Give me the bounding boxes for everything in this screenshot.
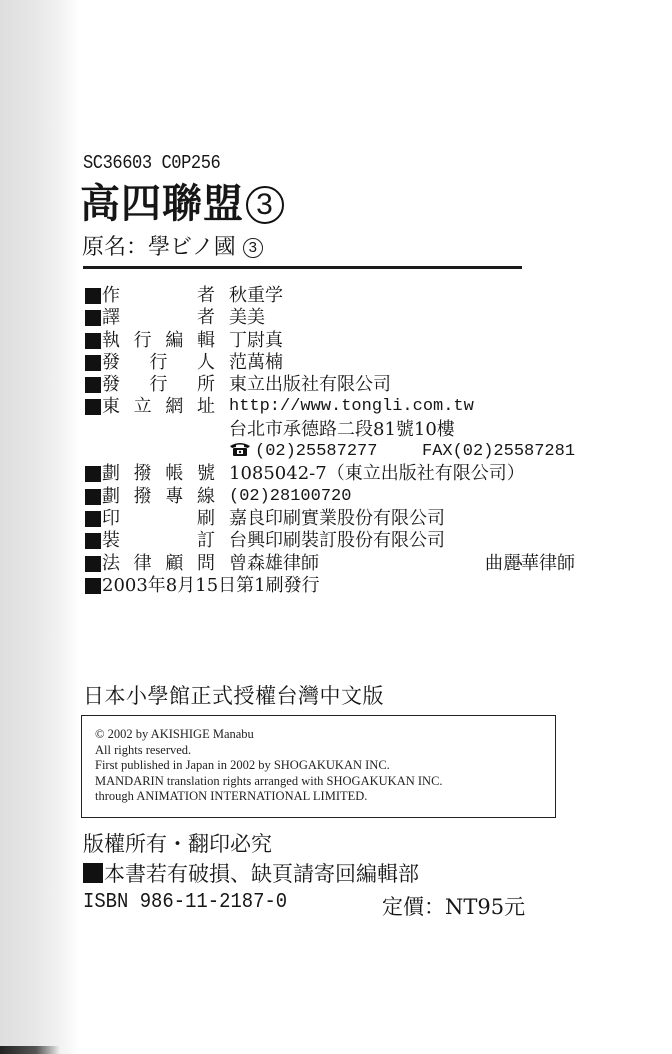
- credit-row-translator: 譯者 美美: [85, 307, 605, 329]
- credit-row-publisher: 發行所 東立出版社有限公司: [85, 374, 605, 396]
- credit-label: 印刷: [102, 508, 215, 530]
- credit-value: 丁尉真: [229, 330, 283, 352]
- credit-label: 譯者: [102, 307, 215, 329]
- credit-value-2: 曲麗華律師: [485, 553, 575, 575]
- credit-value: 美美: [229, 307, 265, 329]
- credit-label: 法律顧問: [102, 553, 215, 575]
- bullet-square-icon: [85, 489, 101, 505]
- bullet-square-icon: [85, 578, 101, 594]
- copyright-line: © 2002 by AKISHIGE Manabu: [95, 727, 443, 743]
- print-date-row: 2003年8月15日第1刷發行: [85, 575, 605, 597]
- bullet-square-icon: [83, 863, 103, 883]
- copyright-box: © 2002 by AKISHIGE Manabu All rights res…: [81, 715, 556, 818]
- license-statement: 日本小學館正式授權台灣中文版: [83, 680, 384, 710]
- page-edge-shadow: [0, 0, 80, 1054]
- price: 定價：NT95元: [382, 891, 525, 921]
- copyright-line: First published in Japan in 2002 by SHOG…: [95, 758, 443, 774]
- credit-label: 裝訂: [102, 530, 215, 552]
- title-divider: [83, 266, 522, 269]
- original-title-text: 原名：學ビノ國: [82, 235, 236, 260]
- isbn: ISBN 986-11-2187-0: [83, 891, 287, 914]
- bullet-square-icon: [85, 377, 101, 393]
- credit-row-editor: 執行編輯 丁尉真: [85, 330, 605, 352]
- credit-row-publisher-person: 發行人 范萬楠: [85, 352, 605, 374]
- address: 台北市承德路二段81號10樓: [229, 419, 455, 441]
- credit-row-author: 作者 秋重学: [85, 285, 605, 307]
- bullet-square-icon: [85, 466, 101, 482]
- copyright-text: © 2002 by AKISHIGE Manabu All rights res…: [95, 727, 443, 805]
- credit-value: 嘉良印刷實業股份有限公司: [229, 508, 445, 530]
- original-volume-number: 3: [243, 238, 263, 258]
- bullet-square-icon: [85, 556, 101, 572]
- rights-notice: 版權所有・翻印必究: [83, 828, 272, 858]
- bullet-square-icon: [85, 533, 101, 549]
- title-text: 高四聯盟: [80, 180, 244, 227]
- bullet-square-icon: [85, 288, 101, 304]
- bullet-square-icon: [85, 511, 101, 527]
- fax-number: FAX(02)25587281: [422, 441, 575, 463]
- credit-label: 劃撥專線: [102, 486, 215, 508]
- website-link[interactable]: http://www.tongli.com.tw: [229, 396, 474, 418]
- telephone-icon: [229, 441, 251, 456]
- credit-value: 曾森雄律師: [229, 553, 319, 575]
- credit-value: 1085042-7（東立出版社有限公司）: [229, 463, 525, 485]
- credit-row-printer: 印刷 嘉良印刷實業股份有限公司: [85, 508, 605, 530]
- credit-label: 劃撥帳號: [102, 463, 215, 485]
- colophon-info: 作者 秋重学 譯者 美美 執行編輯 丁尉真 發行人 范萬楠 發行所 東立出版社有…: [85, 285, 605, 597]
- bullet-square-icon: [85, 399, 101, 415]
- credit-value: 台興印刷裝訂股份有限公司: [229, 530, 445, 552]
- bullet-square-icon: [85, 310, 101, 326]
- address-row: 台北市承德路二段81號10樓: [85, 419, 605, 441]
- copyright-line: All rights reserved.: [95, 743, 443, 759]
- credit-value: (02)28100720: [229, 486, 351, 508]
- credit-label: 東立網址: [102, 396, 215, 418]
- book-title: 高四聯盟3: [80, 182, 284, 226]
- original-title: 原名：學ビノ國 3: [82, 235, 263, 261]
- credit-label: 執行編輯: [102, 330, 215, 352]
- copyright-line: through ANIMATION INTERNATIONAL LIMITED.: [95, 789, 443, 805]
- bullet-square-icon: [85, 355, 101, 371]
- phone-number: (02)25587277: [229, 441, 377, 463]
- credit-row-postal-line: 劃撥專線 (02)28100720: [85, 486, 605, 508]
- credit-value: 范萬楠: [229, 352, 283, 374]
- copyright-line: MANDARIN translation rights arranged wit…: [95, 774, 443, 790]
- credit-value: 秋重学: [229, 285, 283, 307]
- credit-row-website: 東立網址 http://www.tongli.com.tw: [85, 396, 605, 418]
- print-date: 2003年8月15日第1刷發行: [102, 575, 320, 597]
- credit-label: 發行所: [102, 374, 215, 396]
- credit-label: 作者: [102, 285, 215, 307]
- volume-number: 3: [246, 186, 284, 224]
- credit-row-legal: 法律顧問 曾森雄律師 、 曲麗華律師: [85, 553, 605, 575]
- damage-notice: 本書若有破損、缺頁請寄回編輯部: [83, 858, 419, 888]
- bullet-square-icon: [85, 333, 101, 349]
- contact-row: (02)25587277 FAX(02)25587281: [85, 441, 605, 463]
- credit-label: 發行人: [102, 352, 215, 374]
- credit-row-postal-account: 劃撥帳號 1085042-7（東立出版社有限公司）: [85, 463, 605, 485]
- page-corner-shadow: [0, 1046, 60, 1054]
- credit-value: 東立出版社有限公司: [229, 374, 391, 396]
- catalog-code: SC36603 C0P256: [83, 152, 220, 174]
